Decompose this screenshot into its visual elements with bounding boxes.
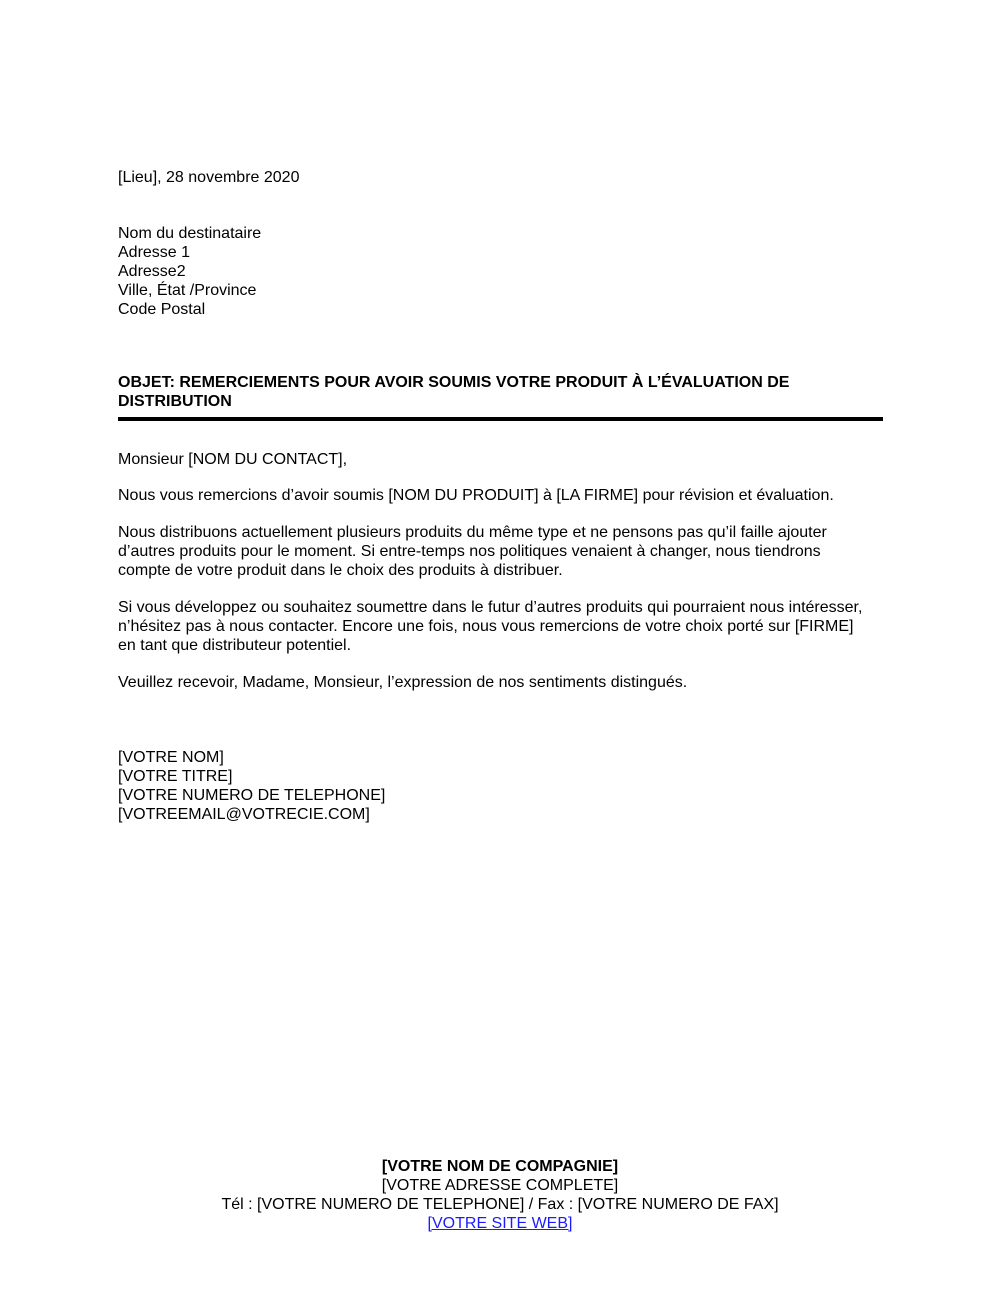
paragraph-line: d’autres produits pour le moment. Si ent… <box>118 542 888 561</box>
signature-name: [VOTRE NOM] <box>118 748 888 767</box>
company-footer: [VOTRE NOM DE COMPAGNIE] [VOTRE ADRESSE … <box>0 1157 1000 1233</box>
recipient-address-2: Adresse2 <box>118 262 888 281</box>
footer-address: [VOTRE ADRESSE COMPLETE] <box>0 1176 1000 1195</box>
footer-company-name: [VOTRE NOM DE COMPAGNIE] <box>0 1157 1000 1176</box>
body-paragraph-3: Si vous développez ou souhaitez soumettr… <box>118 598 888 655</box>
recipient-city: Ville, État /Province <box>118 281 888 300</box>
subject-heading: OBJET: REMERCIEMENTS POUR AVOIR SOUMIS V… <box>118 373 883 411</box>
signature-block: [VOTRE NOM] [VOTRE TITRE] [VOTRE NUMERO … <box>118 748 888 824</box>
footer-website-link[interactable]: [VOTRE SITE WEB] <box>428 1215 573 1232</box>
paragraph-line: compte de votre produit dans le choix de… <box>118 561 888 580</box>
date-text: [Lieu], 28 novembre 2020 <box>118 168 888 187</box>
subject-line-2: DISTRIBUTION <box>118 392 883 411</box>
paragraph-line: Si vous développez ou souhaitez soumettr… <box>118 598 888 617</box>
signature-email: [VOTREEMAIL@VOTRECIE.COM] <box>118 805 888 824</box>
closing-text: Veuillez recevoir, Madame, Monsieur, l’e… <box>118 673 888 692</box>
date-line: [Lieu], 28 novembre 2020 <box>118 168 888 187</box>
salutation: Monsieur [NOM DU CONTACT], <box>118 450 888 469</box>
body-paragraph-1: Nous vous remercions d’avoir soumis [NOM… <box>118 486 888 505</box>
paragraph-line: Nous vous remercions d’avoir soumis [NOM… <box>118 486 888 505</box>
recipient-postal-code: Code Postal <box>118 300 888 319</box>
body-paragraph-2: Nous distribuons actuellement plusieurs … <box>118 523 888 580</box>
closing-formula: Veuillez recevoir, Madame, Monsieur, l’e… <box>118 673 888 692</box>
paragraph-line: n’hésitez pas à nous contacter. Encore u… <box>118 617 888 636</box>
salutation-text: Monsieur [NOM DU CONTACT], <box>118 450 888 469</box>
recipient-address-1: Adresse 1 <box>118 243 888 262</box>
subject-line-1: OBJET: REMERCIEMENTS POUR AVOIR SOUMIS V… <box>118 373 883 392</box>
recipient-name: Nom du destinataire <box>118 224 888 243</box>
paragraph-line: Nous distribuons actuellement plusieurs … <box>118 523 888 542</box>
subject-divider <box>118 417 883 421</box>
recipient-address: Nom du destinataire Adresse 1 Adresse2 V… <box>118 224 888 319</box>
letter-page: [Lieu], 28 novembre 2020 Nom du destinat… <box>0 0 1000 1290</box>
signature-title: [VOTRE TITRE] <box>118 767 888 786</box>
footer-contact: Tél : [VOTRE NUMERO DE TELEPHONE] / Fax … <box>0 1195 1000 1214</box>
signature-phone: [VOTRE NUMERO DE TELEPHONE] <box>118 786 888 805</box>
paragraph-line: en tant que distributeur potentiel. <box>118 636 888 655</box>
